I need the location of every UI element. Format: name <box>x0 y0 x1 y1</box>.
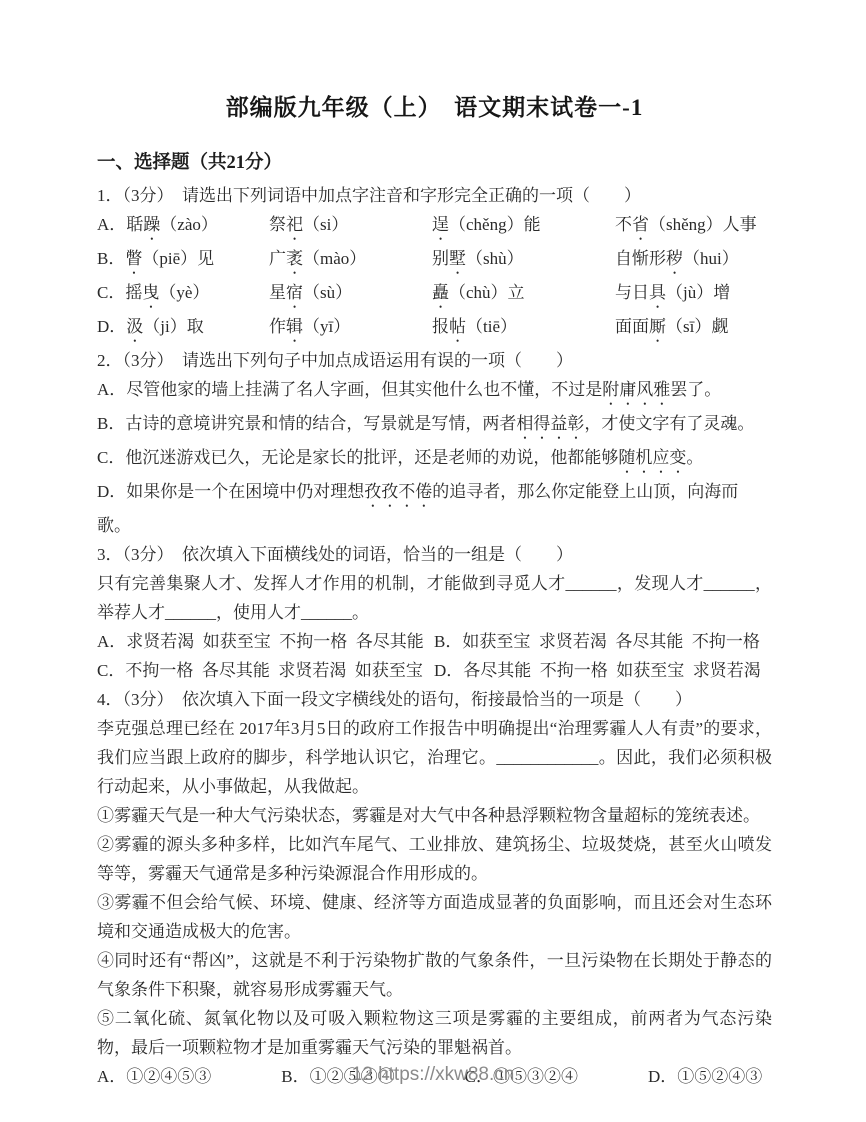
plain-text: （shěng）人事 <box>649 215 757 234</box>
q4-sentence-5-cell-0: ⑤二氧化硫、氮氧化物以及可吸入颗粒物这三项是雾霾的主要组成，前两者为气态污染物，… <box>97 1009 772 1057</box>
q1-option-a-cell-1: 祭祀（si） <box>269 210 432 244</box>
plain-text: 别 <box>432 249 449 268</box>
q1-option-d-cell-3: 面面厮（sī）觑 <box>615 312 772 346</box>
q1-option-c-cell-3: 与日具（jù）增 <box>615 278 772 312</box>
plain-text: B． <box>97 249 125 268</box>
emphasized-text: 躁 <box>143 215 160 234</box>
q1-option-a: A．聒躁（zào）祭祀（si）逞（chěng）能不省（shěng）人事 <box>97 210 772 244</box>
q4-stem-cell-0: 4．（3分） 依次填入下面一段文字横线处的语句，衔接最恰当的一项是（ ） <box>97 690 692 709</box>
q1-option-c-cell-1: 星宿（sù） <box>269 278 432 312</box>
plain-text: C．不拘一格 各尽其能 求贤若渴 如获至宝 <box>97 661 423 680</box>
q2-option-b: B．古诗的意境讲究景和情的结合，写景就是写情，两者相得益彰，才使文字有了灵魂。 <box>97 409 772 443</box>
q2-option-b-cell-0: B．古诗的意境讲究景和情的结合，写景就是写情，两者相得益彰，才使文字有了灵魂。 <box>97 414 754 433</box>
plain-text: （piē）见 <box>142 249 214 268</box>
plain-text: 祭 <box>269 215 286 234</box>
q3-passage: 只有完善集聚人才、发挥人才作用的机制，才能做到寻觅人才______，发现人才__… <box>97 569 772 627</box>
q2-option-a-cell-0: A．尽管他家的墙上挂满了名人字画，但其实他什么也不懂，不过是附庸风雅罢了。 <box>97 380 721 399</box>
footer-watermark-text: 12 https://xkw88.cn <box>352 1064 515 1085</box>
plain-text: （si） <box>303 215 348 234</box>
plain-text: ②雾霾的源头多种多样，比如汽车尾气、工业排放、建筑扬尘、垃圾焚烧，甚至火山喷发等… <box>97 835 772 883</box>
q2-stem: 2．（3分） 请选出下列句子中加点成语运用有误的一项（ ） <box>97 346 772 375</box>
emphasized-text: 附庸风雅 <box>602 380 670 399</box>
plain-text: （yè） <box>159 283 209 302</box>
plain-text: 与日 <box>615 283 649 302</box>
emphasized-text: 秽 <box>666 249 683 268</box>
q4-passage-cell-0: 李克强总理已经在 2017年3月5日的政府工作报告中明确提出“治理雾霾人人有责”… <box>97 719 772 796</box>
plain-text: （yī） <box>303 317 350 336</box>
q4-sentence-3-cell-0: ③雾霾不但会给气候、环境、健康、经济等方面造成显著的负面影响，而且还会对生态环境… <box>97 893 772 941</box>
plain-text: B．古诗的意境讲究景和情的结合，写景就是写情，两者 <box>97 414 516 433</box>
plain-text: ①雾霾天气是一种大气污染状态，雾霾是对大气中各种悬浮颗粒物含量超标的笼统表述。 <box>97 806 760 825</box>
q1-stem: 1．（3分） 请选出下列词语中加点字注音和字形完全正确的一项（ ） <box>97 181 772 210</box>
q4-sentence-1: ①雾霾天气是一种大气污染状态，雾霾是对大气中各种悬浮颗粒物含量超标的笼统表述。 <box>97 801 772 830</box>
q1-option-d-cell-2: 报帖（tiē） <box>432 312 615 346</box>
plain-text: ⑤二氧化硫、氮氧化物以及可吸入颗粒物这三项是雾霾的主要组成，前两者为气态污染物，… <box>97 1009 772 1057</box>
emphasized-text: 宿 <box>286 283 303 302</box>
q1-option-b-cell-1: 广袤（mào） <box>269 244 432 278</box>
emphasized-text: 汲 <box>126 317 143 336</box>
emphasized-text: 具 <box>649 283 666 302</box>
q2-stem-cell-0: 2．（3分） 请选出下列句子中加点成语运用有误的一项（ ） <box>97 351 573 370</box>
q1-option-a-cell-2: 逞（chěng）能 <box>432 210 615 244</box>
q1-stem-cell-0: 1．（3分） 请选出下列词语中加点字注音和字形完全正确的一项（ ） <box>97 186 641 205</box>
q3-stem-cell-0: 3．（3分） 依次填入下面横线处的词语，恰当的一组是（ ） <box>97 545 573 564</box>
plain-text: 。 <box>686 448 703 467</box>
q1-option-b-cell-2: 别墅（shù） <box>432 244 615 278</box>
plain-text: （tiē） <box>466 317 517 336</box>
emphasized-text: 逞 <box>432 215 449 234</box>
q2-option-a: A．尽管他家的墙上挂满了名人字画，但其实他什么也不懂，不过是附庸风雅罢了。 <box>97 375 772 409</box>
plain-text: 面面 <box>615 317 649 336</box>
plain-text: 广 <box>269 249 286 268</box>
page-footer: 12 https://xkw88.cn <box>0 1062 866 1088</box>
emphasized-text: 曳 <box>142 283 159 302</box>
q2-option-c-cell-0: C．他沉迷游戏已久，无论是家长的批评，还是老师的劝说，他都能够随机应变。 <box>97 448 703 467</box>
plain-text: （hui） <box>683 249 739 268</box>
plain-text: 李克强总理已经在 2017年3月5日的政府工作报告中明确提出“治理雾霾人人有责”… <box>97 719 772 796</box>
plain-text: ④同时还有“帮凶”，这就是不利于污染物扩散的气象条件，一旦污染物在长期处于静态的… <box>97 951 772 999</box>
q1-option-d-cell-1: 作辑（yī） <box>269 312 432 346</box>
plain-text: 2．（3分） 请选出下列句子中加点成语运用有误的一项（ ） <box>97 351 573 370</box>
emphasized-text: 瞥 <box>125 249 142 268</box>
q4-sentence-4-cell-0: ④同时还有“帮凶”，这就是不利于污染物扩散的气象条件，一旦污染物在长期处于静态的… <box>97 951 772 999</box>
exam-body: 1．（3分） 请选出下列词语中加点字注音和字形完全正确的一项（ ）A．聒躁（zà… <box>97 181 772 1091</box>
plain-text: （shù） <box>466 249 524 268</box>
q1-option-b-cell-3: 自惭形秽（hui） <box>615 244 772 278</box>
emphasized-text: 墅 <box>449 249 466 268</box>
plain-text: 报 <box>432 317 449 336</box>
plain-text: 1．（3分） 请选出下列词语中加点字注音和字形完全正确的一项（ ） <box>97 186 641 205</box>
plain-text: 自惭形 <box>615 249 666 268</box>
plain-text: （jù）增 <box>666 283 730 302</box>
plain-text: A．聒 <box>97 215 143 234</box>
plain-text: 星 <box>269 283 286 302</box>
q4-sentence-5: ⑤二氧化硫、氮氧化物以及可吸入颗粒物这三项是雾霾的主要组成，前两者为气态污染物，… <box>97 1004 772 1062</box>
page-title: 部编版九年级（上） 语文期末试卷一-1 <box>97 92 772 124</box>
plain-text: 罢了。 <box>670 380 721 399</box>
q3-stem: 3．（3分） 依次填入下面横线处的词语，恰当的一组是（ ） <box>97 540 772 569</box>
plain-text: （sù） <box>303 283 352 302</box>
q1-option-a-cell-3: 不省（shěng）人事 <box>615 210 772 244</box>
plain-text: 4．（3分） 依次填入下面一段文字横线处的语句，衔接最恰当的一项是（ ） <box>97 690 692 709</box>
emphasized-text: 厮 <box>649 317 666 336</box>
emphasized-text: 矗 <box>432 283 449 302</box>
plain-text: ③雾霾不但会给气候、环境、健康、经济等方面造成显著的负面影响，而且还会对生态环境… <box>97 893 772 941</box>
q4-stem: 4．（3分） 依次填入下面一段文字横线处的语句，衔接最恰当的一项是（ ） <box>97 685 772 714</box>
q4-sentence-2-cell-0: ②雾霾的源头多种多样，比如汽车尾气、工业排放、建筑扬尘、垃圾焚烧，甚至火山喷发等… <box>97 835 772 883</box>
q4-sentence-3: ③雾霾不但会给气候、环境、健康、经济等方面造成显著的负面影响，而且还会对生态环境… <box>97 888 772 946</box>
q4-sentence-1-cell-0: ①雾霾天气是一种大气污染状态，雾霾是对大气中各种悬浮颗粒物含量超标的笼统表述。 <box>97 806 760 825</box>
plain-text: （sī）觑 <box>666 317 728 336</box>
q4-passage: 李克强总理已经在 2017年3月5日的政府工作报告中明确提出“治理雾霾人人有责”… <box>97 714 772 801</box>
emphasized-text: 袤 <box>286 249 303 268</box>
q1-option-d: D．汲（ji）取作辑（yī）报帖（tiē）面面厮（sī）觑 <box>97 312 772 346</box>
q2-option-c: C．他沉迷游戏已久，无论是家长的批评，还是老师的劝说，他都能够随机应变。 <box>97 443 772 477</box>
q4-sentence-4: ④同时还有“帮凶”，这就是不利于污染物扩散的气象条件，一旦污染物在长期处于静态的… <box>97 946 772 1004</box>
q3-options-cd: C．不拘一格 各尽其能 求贤若渴 如获至宝D．各尽其能 不拘一格 如获至宝 求贤… <box>97 656 772 685</box>
q2-option-d: D．如果你是一个在困境中仍对理想孜孜不倦的追寻者，那么你定能登上山顶，向海而歌。 <box>97 477 772 540</box>
q1-option-a-cell-0: A．聒躁（zào） <box>97 210 269 244</box>
q3-options-cd-cell-0: C．不拘一格 各尽其能 求贤若渴 如获至宝 <box>97 656 434 685</box>
plain-text: ，才使文字有了灵魂。 <box>584 414 754 433</box>
plain-text: （chù）立 <box>449 283 525 302</box>
q4-sentence-2: ②雾霾的源头多种多样，比如汽车尾气、工业排放、建筑扬尘、垃圾焚烧，甚至火山喷发等… <box>97 830 772 888</box>
q1-option-c-cell-2: 矗（chù）立 <box>432 278 615 312</box>
emphasized-text: 省 <box>632 215 649 234</box>
plain-text: 只有完善集聚人才、发挥人才作用的机制，才能做到寻觅人才______，发现人才__… <box>97 574 772 622</box>
plain-text: （ji）取 <box>143 317 203 336</box>
plain-text: 3．（3分） 依次填入下面横线处的词语，恰当的一组是（ ） <box>97 545 573 564</box>
plain-text: （zào） <box>160 215 218 234</box>
q1-option-d-cell-0: D．汲（ji）取 <box>97 312 269 346</box>
plain-text: （mào） <box>303 249 366 268</box>
q1-option-c: C．摇曳（yè）星宿（sù）矗（chù）立与日具（jù）增 <box>97 278 772 312</box>
plain-text: 作 <box>269 317 286 336</box>
plain-text: A．求贤若渴 如获至宝 不拘一格 各尽其能 <box>97 632 424 651</box>
emphasized-text: 辑 <box>286 317 303 336</box>
plain-text: 不 <box>615 215 632 234</box>
emphasized-text: 祀 <box>286 215 303 234</box>
plain-text: D．各尽其能 不拘一格 如获至宝 求贤若渴 <box>434 661 761 680</box>
emphasized-text: 随机应变 <box>618 448 686 467</box>
q3-passage-cell-0: 只有完善集聚人才、发挥人才作用的机制，才能做到寻觅人才______，发现人才__… <box>97 574 772 622</box>
q1-option-c-cell-0: C．摇曳（yè） <box>97 278 269 312</box>
emphasized-text: 孜孜不倦 <box>364 482 432 501</box>
plain-text: D．如果你是一个在困境中仍对理想 <box>97 482 364 501</box>
plain-text: C．摇 <box>97 283 142 302</box>
plain-text: B．如获至宝 求贤若渴 各尽其能 不拘一格 <box>434 632 760 651</box>
plain-text: （chěng）能 <box>449 215 541 234</box>
q1-option-b: B．瞥（piē）见广袤（mào）别墅（shù）自惭形秽（hui） <box>97 244 772 278</box>
q3-options-ab: A．求贤若渴 如获至宝 不拘一格 各尽其能B．如获至宝 求贤若渴 各尽其能 不拘… <box>97 627 772 656</box>
section-heading: 一、选择题（共21分） <box>97 148 772 178</box>
q2-option-d-cell-0: D．如果你是一个在困境中仍对理想孜孜不倦的追寻者，那么你定能登上山顶，向海而歌。 <box>97 482 738 535</box>
exam-page: 部编版九年级（上） 语文期末试卷一-1 一、选择题（共21分） 1．（3分） 请… <box>0 0 866 1091</box>
plain-text: A．尽管他家的墙上挂满了名人字画，但其实他什么也不懂，不过是 <box>97 380 602 399</box>
q1-option-b-cell-0: B．瞥（piē）见 <box>97 244 269 278</box>
emphasized-text: 帖 <box>449 317 466 336</box>
emphasized-text: 相得益彰 <box>516 414 584 433</box>
q3-options-cd-cell-1: D．各尽其能 不拘一格 如获至宝 求贤若渴 <box>434 656 772 685</box>
q3-options-ab-cell-1: B．如获至宝 求贤若渴 各尽其能 不拘一格 <box>434 627 772 656</box>
q3-options-ab-cell-0: A．求贤若渴 如获至宝 不拘一格 各尽其能 <box>97 627 434 656</box>
plain-text: C．他沉迷游戏已久，无论是家长的批评，还是老师的劝说，他都能够 <box>97 448 618 467</box>
plain-text: D． <box>97 317 126 336</box>
